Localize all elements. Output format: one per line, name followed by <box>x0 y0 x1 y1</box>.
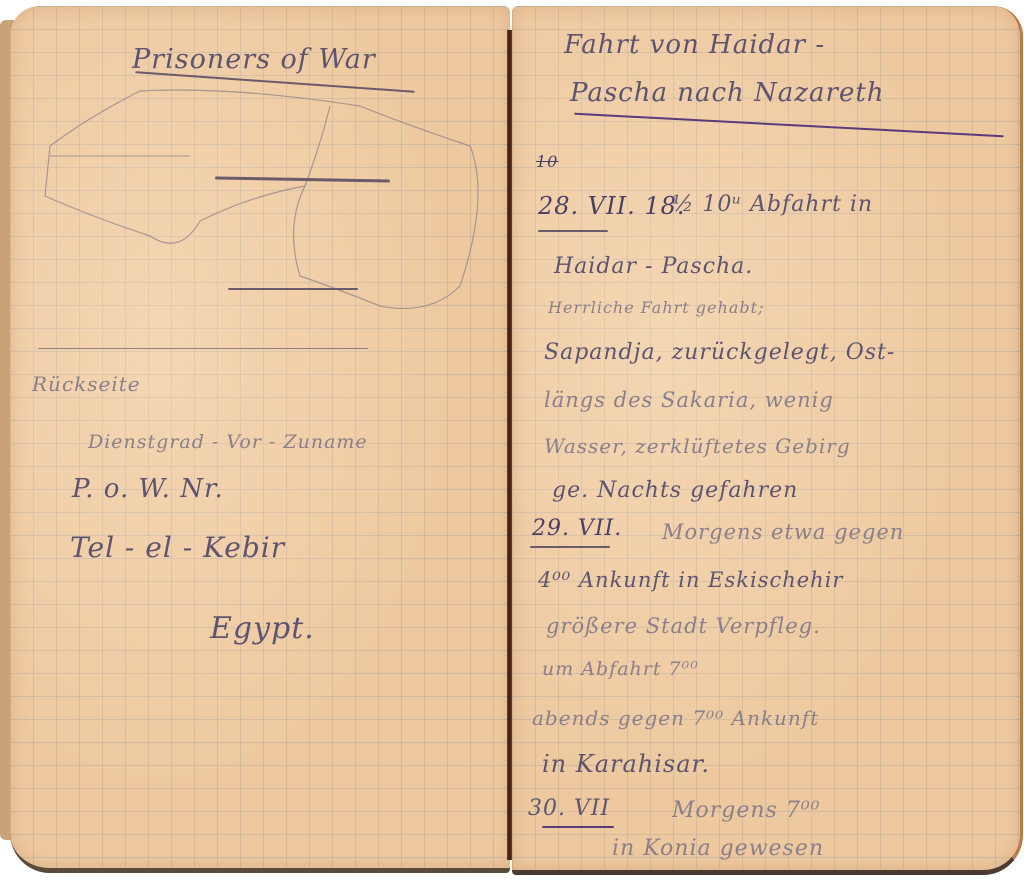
entry-line: abends gegen 7⁰⁰ Ankunft <box>532 706 819 730</box>
camp-line: Tel - el - Kebir <box>70 531 285 564</box>
entry-line: Morgens 7⁰⁰ <box>672 798 820 823</box>
entry-line: größere Stadt Verpfleg. <box>546 614 821 638</box>
country-line: Egypt. <box>210 611 315 646</box>
date-underline <box>530 546 610 548</box>
date-underline <box>538 230 608 232</box>
heading-line-1: Fahrt von Haidar - <box>564 30 825 60</box>
sketch-map-icon <box>30 46 500 346</box>
heading-underline <box>574 113 1004 138</box>
entry-line: ½ 10ᵘ Abfahrt in <box>672 192 873 217</box>
right-page: Fahrt von Haidar - Pascha nach Nazareth … <box>512 6 1023 875</box>
pencil-stroke <box>228 288 358 290</box>
entry-line: Wasser, zerklüftetes Gebirg <box>544 434 851 458</box>
entry-date-2: 29. VII. <box>532 516 622 541</box>
entry-line: 4⁰⁰ Ankunft in Eskischehir <box>538 568 843 592</box>
pow-number-line: P. o. W. Nr. <box>72 474 224 504</box>
entry-line: Morgens etwa gegen <box>662 520 904 544</box>
entry-line: in Konia gewesen <box>612 836 824 861</box>
date-underline <box>542 826 614 828</box>
entry-line: Sapandja, zurückgelegt, Ost- <box>544 340 895 365</box>
entry-line: ge. Nachts gefahren <box>552 478 798 503</box>
entry-date-1: 28. VII. 18. <box>538 192 686 220</box>
entry-line: um Abfahrt 7⁰⁰ <box>542 658 699 680</box>
heading-line-2: Pascha nach Nazareth <box>570 78 885 108</box>
entry-line: längs des Sakaria, wenig <box>544 388 834 412</box>
struck-number: 10 <box>536 152 558 171</box>
section-divider <box>38 348 368 349</box>
entry-date-3: 30. VII <box>528 796 610 821</box>
entry-line: Herrliche Fahrt gehabt; <box>548 298 764 317</box>
entry-line: in Karahisar. <box>542 750 710 778</box>
rank-name-line: Dienstgrad - Vor - Zuname <box>88 431 368 453</box>
entry-line: Haidar - Pascha. <box>554 254 753 279</box>
return-label: Rückseite <box>32 372 141 396</box>
left-title: Prisoners of War <box>132 44 376 75</box>
notebook-spread: Prisoners of War Rückseite Dienstgrad - … <box>0 0 1024 883</box>
left-page: Prisoners of War Rückseite Dienstgrad - … <box>10 6 510 873</box>
